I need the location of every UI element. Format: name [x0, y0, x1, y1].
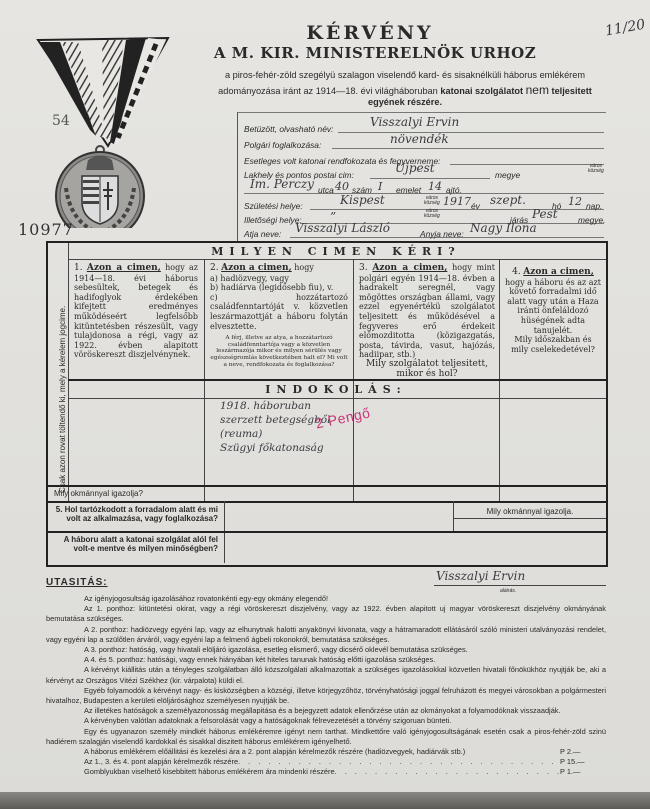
q5-label: 5. Hol tartózkodott a forradalom alatt é… — [54, 505, 218, 523]
birth-month-value[interactable]: szept. — [490, 193, 526, 207]
option-heading: Azon a cimen, — [523, 267, 594, 277]
corner-handwritten-note: 11/20 — [604, 17, 647, 40]
emelet-label: emelet — [396, 185, 421, 195]
instruction-paragraph: Egyéb folyamodók a kérvényt nagy- és kis… — [46, 686, 606, 706]
document-title: KÉRVÉNY — [240, 22, 500, 44]
option-heading: Azon a cimen, — [221, 263, 292, 273]
justification-line: (reuma) — [220, 427, 331, 441]
birthplace-label: Születési helye: — [244, 201, 303, 211]
mother-label: Anyja neve: — [420, 229, 464, 239]
divider — [48, 501, 606, 503]
signature-line — [434, 585, 606, 586]
divider — [453, 501, 454, 531]
instruction-paragraph: A kérvényt kiállitás után a tényleges sz… — [46, 665, 606, 685]
instructions-body: Az igényjogosultság igazolásához rovaton… — [46, 594, 606, 778]
street-value[interactable]: Im. Perczy — [250, 177, 314, 191]
section-title: MILYEN CIMEN KÉRI? — [68, 245, 604, 258]
exemption-label: A háboru alatt a katonai szolgálat alól … — [54, 535, 218, 553]
nap-label: nap. — [586, 201, 602, 211]
fee-price: P 2.— — [560, 747, 606, 757]
option-1-cell: 1. Azon a cimen, hogy az 1914—18. évi há… — [74, 263, 198, 360]
fee-text: Az 1., 3. és 4. pont alapján kérelmezők … — [84, 757, 238, 767]
divider — [68, 243, 69, 501]
fee-row: Az 1., 3. és 4. pont alapján kérelmezők … — [46, 757, 606, 767]
divider — [453, 518, 606, 519]
fee-price: P 15.— — [560, 757, 606, 767]
varos-kozseg-label-3: városközség — [424, 209, 440, 219]
option-2a: a) hadiözvegy, vagy — [210, 274, 289, 283]
signature[interactable]: Visszalyi Ervin — [436, 569, 525, 583]
divider — [48, 485, 606, 487]
option-2b: b) hadiárva (legidősebb fiu), v. — [210, 283, 333, 292]
description-line-2: adományozása iránt az 1914—18. évi világ… — [180, 83, 630, 97]
option-2-note: A férj, illetve az atya, a hozzátartozó … — [210, 335, 348, 368]
varos-kozseg-label-2: városközség — [424, 196, 440, 206]
divider — [68, 379, 606, 381]
option-heading: Azon a cimen, — [372, 263, 447, 273]
megye-label-2: megye. — [578, 215, 605, 225]
dot-leader — [465, 747, 560, 757]
option-number: 3. — [359, 263, 368, 273]
father-label: Atja neve: — [244, 229, 281, 239]
justification-line: Szügyi főkatonaság — [220, 441, 331, 455]
domicile-county-value[interactable]: Pest — [532, 207, 558, 221]
option-3-cell: 3. Azon a cimen, hogy mint polgári egyén… — [359, 263, 495, 379]
instruction-paragraph: Az illetékes hatóságok a személyazonossá… — [46, 706, 606, 716]
fee-row: Gomblyukban viselhető kisebbitett háboru… — [46, 767, 606, 777]
vertical-note-text: Csak azon rovat töltendő ki, mely a kére… — [58, 306, 67, 493]
instruction-paragraph: A 3. ponthoz: hatóság, vagy hivatali elö… — [46, 645, 606, 655]
option-text: hogy mint polgári egyén 1914—18. évben a… — [359, 263, 495, 359]
instruction-paragraph: A kérvényben valótlan adatoknak a felsor… — [46, 716, 606, 726]
vertical-note: Csak azon rovat töltendő ki, mely a kére… — [50, 243, 66, 501]
option-heading: Azon a cimen, — [87, 263, 161, 273]
birth-year-value[interactable]: 1917 — [443, 195, 471, 208]
page-bottom-edge — [0, 792, 650, 809]
kozseg-text: község — [424, 213, 440, 219]
street-line — [244, 193, 604, 194]
document-subtitle: A M. KIR. MINISTERELNÖK URHOZ — [210, 44, 540, 62]
justification-col2-text[interactable]: 1918. háboruban szerzett betegségből (re… — [220, 399, 331, 455]
dot-leader: . . . . . . . . . . . . . . . . . . . . … — [238, 757, 560, 767]
fee-text: Gomblyukban viselhető kisebbitett háboru… — [84, 767, 335, 777]
father-value[interactable]: Visszalyi László — [295, 221, 390, 235]
description-line-3: egyének részére. — [180, 97, 630, 107]
occupation-label: Polgári foglalkozása: — [244, 140, 321, 150]
instruction-paragraph: Egy és ugyanazon személy mindkét háborus… — [46, 727, 606, 747]
description-line-1: a piros-fehér-zöld szegélyü szalagon vis… — [180, 70, 630, 80]
birth-day-value[interactable]: 12 — [568, 195, 582, 208]
document-number-top: 54 — [52, 113, 70, 129]
desc-bold-text: katonai szolgálatot — [440, 86, 525, 96]
utca-label: utca — [318, 185, 334, 195]
kozseg-text: község — [424, 200, 440, 206]
instructions-title: UTASITÁS: — [46, 577, 108, 588]
war-commemorative-medal-icon — [30, 18, 170, 228]
varos-kozseg-label: városközség — [588, 164, 604, 174]
address-city-value[interactable]: Ujpest — [395, 161, 435, 175]
instruction-paragraph: Az igényjogosultság igazolásához rovaton… — [46, 594, 606, 604]
house-number-value[interactable]: 40 — [335, 180, 349, 193]
instruction-paragraph: Az 1. ponthoz: kitüntetési okirat, vagy … — [46, 604, 606, 624]
name-line — [338, 132, 604, 133]
instruction-paragraph: A 4. és 5. ponthoz: hatósági, vagy ennek… — [46, 655, 606, 665]
option-text: hogy a háboru és az azt követő forradalm… — [505, 278, 601, 335]
option-4-cell: 4. Azon a cimen, hogy a háboru és az azt… — [505, 267, 601, 354]
option-text: hogy — [294, 263, 314, 272]
divider — [48, 531, 606, 533]
ev-label: év — [471, 201, 480, 211]
floor-value[interactable]: I — [378, 180, 382, 193]
door-value[interactable]: 14 — [428, 180, 442, 193]
name-value[interactable]: Visszalyi Ervin — [370, 115, 459, 129]
option-question: Mily időszakban és mily cselekedetével? — [511, 335, 595, 354]
occupation-value[interactable]: növendék — [390, 132, 449, 146]
justification-line: 1918. háboruban — [220, 399, 331, 413]
address-city-line — [370, 178, 490, 179]
divider — [68, 398, 606, 399]
document-page: 54 10977 KÉRVÉNY A M. KIR. MINISTERELNÖK… — [0, 0, 650, 809]
kozseg-text: község — [588, 168, 604, 174]
desc-text: adományozása iránt az 1914—18. évi világ… — [218, 86, 440, 96]
request-table: Csak azon rovat töltendő ki, mely a kére… — [46, 241, 608, 567]
fee-text: A háborus emlékérem előállitási és kezel… — [84, 747, 465, 757]
option-text: hogy az 1914—18. évi háborus sebesültek,… — [74, 263, 198, 359]
megye-label: megye — [495, 170, 520, 180]
instruction-paragraph: A 2. ponthoz: hadiözvegy egyéni lap, vag… — [46, 625, 606, 645]
option-2-cell: 2. Azon a cimen, hogy a) hadiözvegy, vag… — [210, 263, 348, 368]
fee-price: P 1.— — [560, 767, 606, 777]
option-number: 1. — [74, 263, 83, 273]
option-question: Mily szolgálatot teljesitett, mikor és h… — [359, 360, 495, 379]
domicile-label: Illetőségi helye: — [244, 215, 302, 225]
proof-label: Mily okmánnyal igazolja? — [54, 489, 143, 498]
name-label: Betüzött, olvasható név: — [244, 124, 333, 134]
divider — [68, 259, 606, 260]
option-number: 4. — [512, 267, 521, 277]
occupation-line — [332, 148, 604, 149]
justification-title: INDOKOLÁS: — [68, 383, 604, 396]
ajto-label: ajtó. — [446, 185, 462, 195]
fee-row: A háborus emlékérem előállitási és kezel… — [46, 747, 606, 757]
mother-value[interactable]: Nagy Ilona — [470, 221, 537, 235]
option-2c: c) hozzátartozó családfenntartóját v. kö… — [210, 293, 348, 331]
desc-bold-text-2: teljesitett — [549, 86, 592, 96]
document-number-bottom: 10977 — [18, 220, 74, 239]
q5-proof-label: Mily okmánnyal igazolja. — [454, 507, 606, 516]
desc-nem-text: nem — [526, 83, 549, 97]
dot-leader: . . . . . . . . . . . . . . . . . . . . … — [335, 767, 560, 777]
birthplace-value[interactable]: Kispest — [340, 193, 385, 207]
rank-line — [450, 164, 604, 165]
option-number: 2. — [210, 263, 219, 273]
